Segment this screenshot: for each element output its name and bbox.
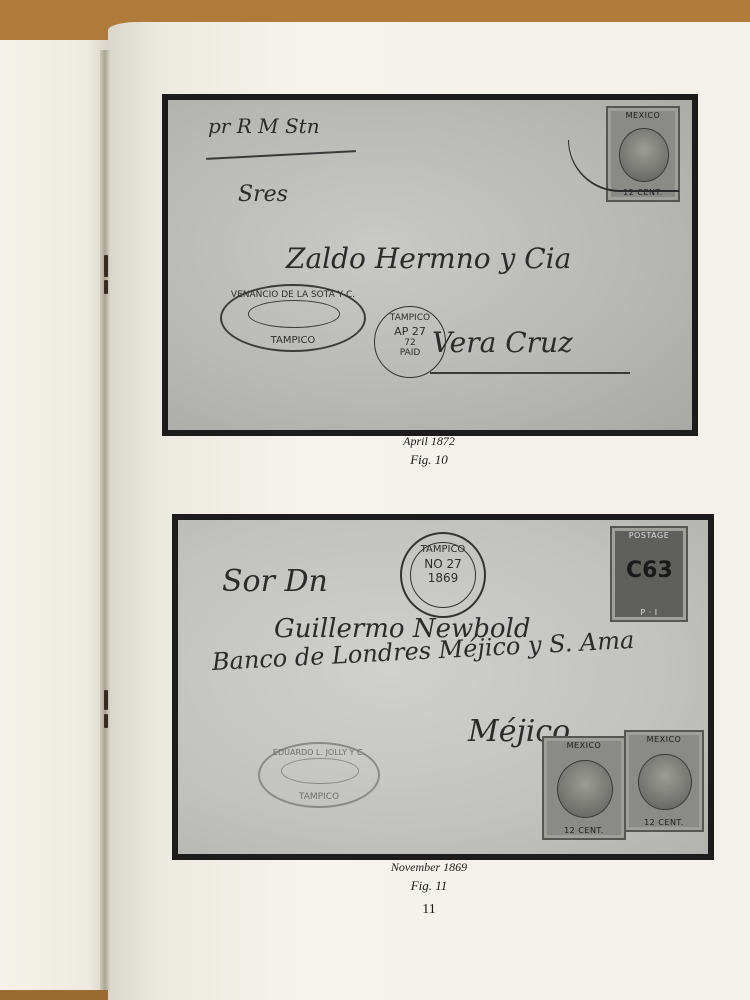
figure-11-photo: Sor Dn Guillermo Newbold Banco de Londre…: [172, 514, 714, 860]
left-page: [0, 40, 108, 990]
hidalgo-portrait: [557, 760, 613, 818]
mexico-12c-stamp: MEXICO 12 CENT.: [624, 730, 704, 832]
destination: Vera Cruz: [432, 326, 573, 359]
sender-oval-handstamp: EDUARDO L. JOLLY Y C. TAMPICO: [258, 742, 380, 808]
mexico-12c-stamp: MEXICO 12 CENT.: [542, 736, 626, 840]
routing-note: pr R M Stn: [208, 114, 320, 138]
tampico-postmark: TAMPICO AP 27 72 PAID: [374, 306, 446, 378]
figure-10-photo: pr R M Stn Sres Zaldo Hermno y Cia Vera …: [162, 94, 698, 436]
cover-envelope-1872: pr R M Stn Sres Zaldo Hermno y Cia Vera …: [168, 100, 692, 430]
binding-stitch: [104, 280, 108, 294]
binding-stitch: [104, 255, 108, 277]
salutation: Sres: [238, 182, 288, 207]
stamp-cancel-arc: [568, 140, 679, 192]
c63-numeral-cancel: C63: [626, 558, 673, 583]
routing-underline: [206, 150, 356, 159]
hidalgo-portrait: [638, 754, 692, 811]
handstamp-name: VENANCIO DE LA SOTA Y C.: [222, 290, 364, 300]
book-gutter: [100, 50, 110, 990]
handstamp-town: TAMPICO: [260, 792, 378, 802]
figure-11-label: Fig. 11: [108, 878, 750, 894]
figure-11-date: November 1869: [108, 860, 750, 875]
binding-stitch: [104, 690, 108, 710]
handstamp-town: TAMPICO: [222, 335, 364, 346]
handstamp-name: EDUARDO L. JOLLY Y C.: [260, 748, 378, 757]
page-number: 11: [108, 902, 750, 918]
destination-underline: [430, 372, 630, 374]
addressee: Zaldo Hermno y Cia: [286, 242, 571, 275]
gb-postage-stamp: POSTAGE C63 P · I: [610, 526, 688, 622]
sender-oval-handstamp: VENANCIO DE LA SOTA Y C. TAMPICO: [220, 284, 366, 352]
cover-envelope-1869: Sor Dn Guillermo Newbold Banco de Londre…: [178, 520, 708, 854]
figure-10-label: Fig. 10: [108, 452, 750, 468]
salutation: Sor Dn: [222, 564, 328, 599]
figure-10-date: April 1872: [108, 434, 750, 449]
tampico-postmark: TAMPICO NO 27 1869: [400, 532, 486, 618]
binding-stitch: [104, 714, 108, 728]
